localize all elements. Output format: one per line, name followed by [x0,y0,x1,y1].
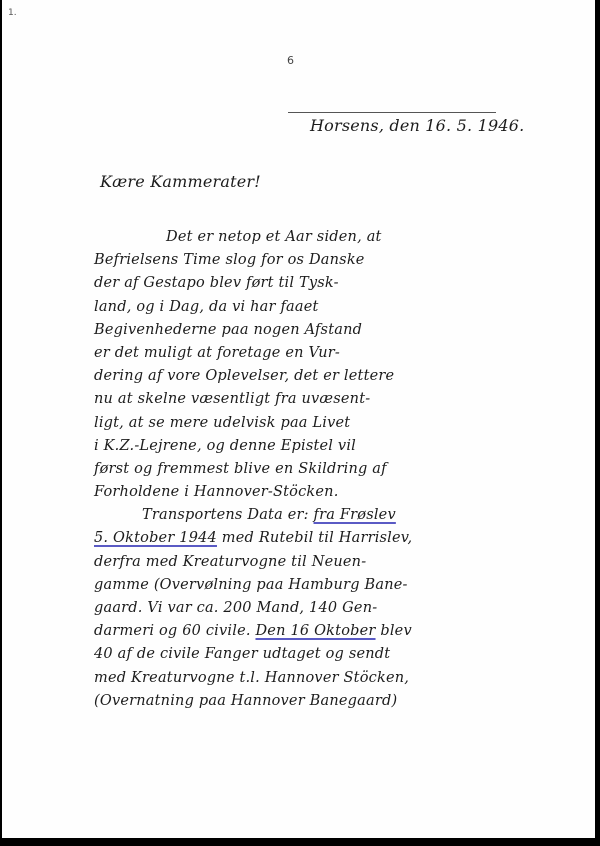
letter-line: er det muligt at foretage en Vur- [94,342,564,365]
line-segment: blev [376,623,412,639]
underlined-phrase: Den 16 Oktober [255,623,375,639]
line-segment: darmeri og 60 civile. [94,623,255,639]
line-segment: med Rutebil til Harrislev, [217,530,412,546]
margin-mark: 1. [8,8,16,18]
letter-line: Transportens Data er: fra Frøslev [94,504,564,527]
page-number: 6 [287,54,294,67]
letter-line: der af Gestapo blev ført til Tysk- [94,272,564,295]
letter-line: med Kreaturvogne t.l. Hannover Stöcken, [94,667,564,690]
letter-line: 5. Oktober 1944 med Rutebil til Harrisle… [94,527,564,550]
letter-line: i K.Z.-Lejrene, og denne Epistel vil [94,435,564,458]
letter-line: gaard. Vi var ca. 200 Mand, 140 Gen- [94,597,564,620]
letter-line: gamme (Overvølning paa Hamburg Bane- [94,574,564,597]
letter-line: land, og i Dag, da vi har faaet [94,296,564,319]
letter-line: darmeri og 60 civile. Den 16 Oktober ble… [94,620,564,643]
underlined-phrase: fra Frøslev [314,507,396,523]
letter-line: Befrielsens Time slog for os Danske [94,249,564,272]
letter-line: nu at skelne væsentligt fra uvæsent- [94,388,564,411]
letter-line: (Overnatning paa Hannover Banegaard) [94,690,564,713]
letter-line: Forholdene i Hannover-Stöcken. [94,481,564,504]
letter-line: dering af vore Oplevelser, det er letter… [94,365,564,388]
letter-line: Begivenhederne paa nogen Afstand [94,319,564,342]
letter-line: derfra med Kreaturvogne til Neuen- [94,551,564,574]
line-segment: Transportens Data er: [142,507,314,523]
letter-line: 40 af de civile Fanger udtaget og sendt [94,643,564,666]
letter-body: Det er netop et Aar siden, atBefrielsens… [94,226,564,713]
letter-page: 1. 6 Horsens, den 16. 5. 1946. Kære Kamm… [2,0,595,838]
letter-line: ligt, at se mere udelvisk paa Livet [94,412,564,435]
salutation: Kære Kammerater! [100,172,261,191]
letter-line: først og fremmest blive en Skildring af [94,458,564,481]
letter-line: Det er netop et Aar siden, at [94,226,564,249]
underlined-phrase: 5. Oktober 1944 [94,530,217,546]
dateline: Horsens, den 16. 5. 1946. [310,116,524,135]
dateline-rule [288,112,496,113]
